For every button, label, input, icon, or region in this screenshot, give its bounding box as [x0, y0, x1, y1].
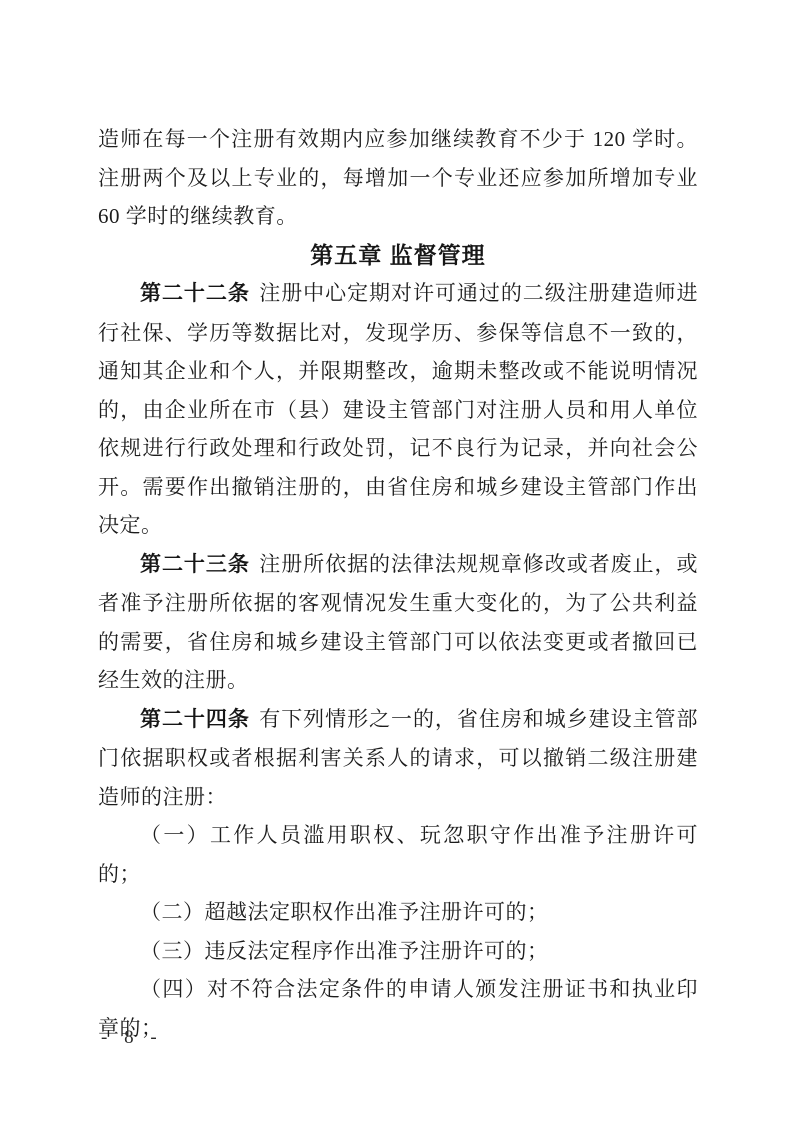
paragraph-continuation: 造师在每一个注册有效期内应参加继续教育不少于 120 学时。注册两个及以上专业的… — [98, 120, 698, 236]
article-paragraph: 第二十二条注册中心定期对许可通过的二级注册建造师进行社保、学历等数据比对，发现学… — [98, 274, 698, 545]
list-item: （三）违反法定程序作出准予注册许可的； — [98, 932, 698, 971]
chapter-heading: 第五章 监督管理 — [98, 236, 698, 275]
article-paragraph: 第二十三条注册所依据的法律法规规章修改或者废止，或者准予注册所依据的客观情况发生… — [98, 545, 698, 700]
article-text: 注册中心定期对许可通过的二级注册建造师进行社保、学历等数据比对，发现学历、参保等… — [98, 281, 698, 537]
list-item: （四）对不符合法定条件的申请人颁发注册证书和执业印章的； — [98, 970, 698, 1047]
article-number-label: 第二十二条 — [140, 282, 250, 305]
document-page: 造师在每一个注册有效期内应参加继续教育不少于 120 学时。注册两个及以上专业的… — [0, 0, 793, 1122]
article-number-label: 第二十四条 — [140, 708, 250, 731]
list-item: （二）超越法定职权作出准予注册许可的； — [98, 893, 698, 932]
document-content: 造师在每一个注册有效期内应参加继续教育不少于 120 学时。注册两个及以上专业的… — [98, 120, 698, 1047]
article-paragraph: 第二十四条有下列情形之一的，省住房和城乡建设主管部门依据职权或者根据利害关系人的… — [98, 700, 698, 817]
article-number-label: 第二十三条 — [140, 553, 250, 576]
page-number: - 8 - — [101, 1026, 161, 1050]
list-item: （一）工作人员滥用职权、玩忽职守作出准予注册许可的； — [98, 816, 698, 893]
